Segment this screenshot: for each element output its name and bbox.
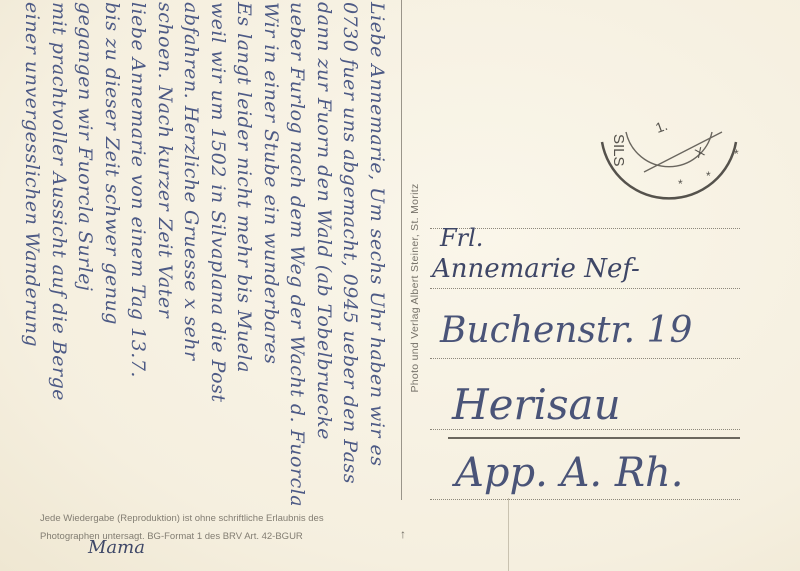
message-line: abfahren. Herzliche Gruesse x sehr (178, 2, 205, 562)
postmark-icon: SILS 1. X * * * (594, 102, 744, 226)
center-divider (401, 0, 402, 500)
message-line: weil wir um 1502 in Silvaplana die Post (205, 2, 232, 562)
address-solid-line (448, 437, 740, 439)
svg-text:*: * (678, 177, 683, 191)
signature: Mama (88, 537, 145, 558)
message-line: einer unvergesslichen Wanderung (19, 2, 46, 562)
message-line: Wir in einer Stube ein wunderbares (258, 2, 285, 562)
address-line-4 (430, 429, 740, 430)
svg-text:*: * (734, 147, 739, 161)
address-line-5 (430, 499, 740, 500)
address-region: App. A. Rh. (455, 450, 683, 496)
stub-divider (508, 498, 509, 571)
address-line-2 (430, 288, 740, 289)
message-line: ueber Furlog nach dem Weg der Wacht d. F… (284, 2, 311, 562)
postcard: Liebe Annemarie, Um sechs Uhr haben wir … (0, 0, 800, 571)
message-line: schoen. Nach kurzer Zeit Vater (152, 2, 179, 562)
address-street: Buchenstr. 19 (440, 310, 692, 351)
handwritten-message: Liebe Annemarie, Um sechs Uhr haben wir … (10, 2, 390, 562)
message-line: bis zu dieser Zeit schwer genug (99, 2, 126, 562)
message-line: dann zur Fuorn den Wald (ab Tobelbruecke (311, 2, 338, 562)
message-line: Es langt leider nicht mehr bis Muela (231, 2, 258, 562)
address-salutation: Frl. (440, 224, 483, 252)
reproduction-notice-line1: Jede Wiedergabe (Reproduktion) ist ohne … (40, 513, 324, 524)
message-line: mit prachtvoller Aussicht auf die Berge (46, 2, 73, 562)
svg-text:*: * (706, 169, 711, 183)
small-arrow-mark: ↑ (400, 527, 406, 541)
message-line: gegangen wir Fuorcla Surlej (72, 2, 99, 562)
address-city: Herisau (452, 380, 621, 429)
message-line: 0730 fuer uns abgemacht, 0945 ueber den … (337, 2, 364, 562)
address-name: Annemarie Nef- (432, 254, 640, 284)
publisher-imprint: Photo und Verlag Albert Steiner, St. Mor… (409, 183, 421, 392)
message-line: Liebe Annemarie, Um sechs Uhr haben wir … (364, 2, 391, 562)
reproduction-notice-line2: Photographen untersagt. BG-Format 1 des … (40, 531, 303, 542)
postmark-place: SILS (610, 134, 627, 167)
address-line-3 (430, 358, 740, 359)
message-line: liebe Annemarie von einem Tag 13.7. (125, 2, 152, 562)
svg-text:1.: 1. (653, 117, 669, 136)
